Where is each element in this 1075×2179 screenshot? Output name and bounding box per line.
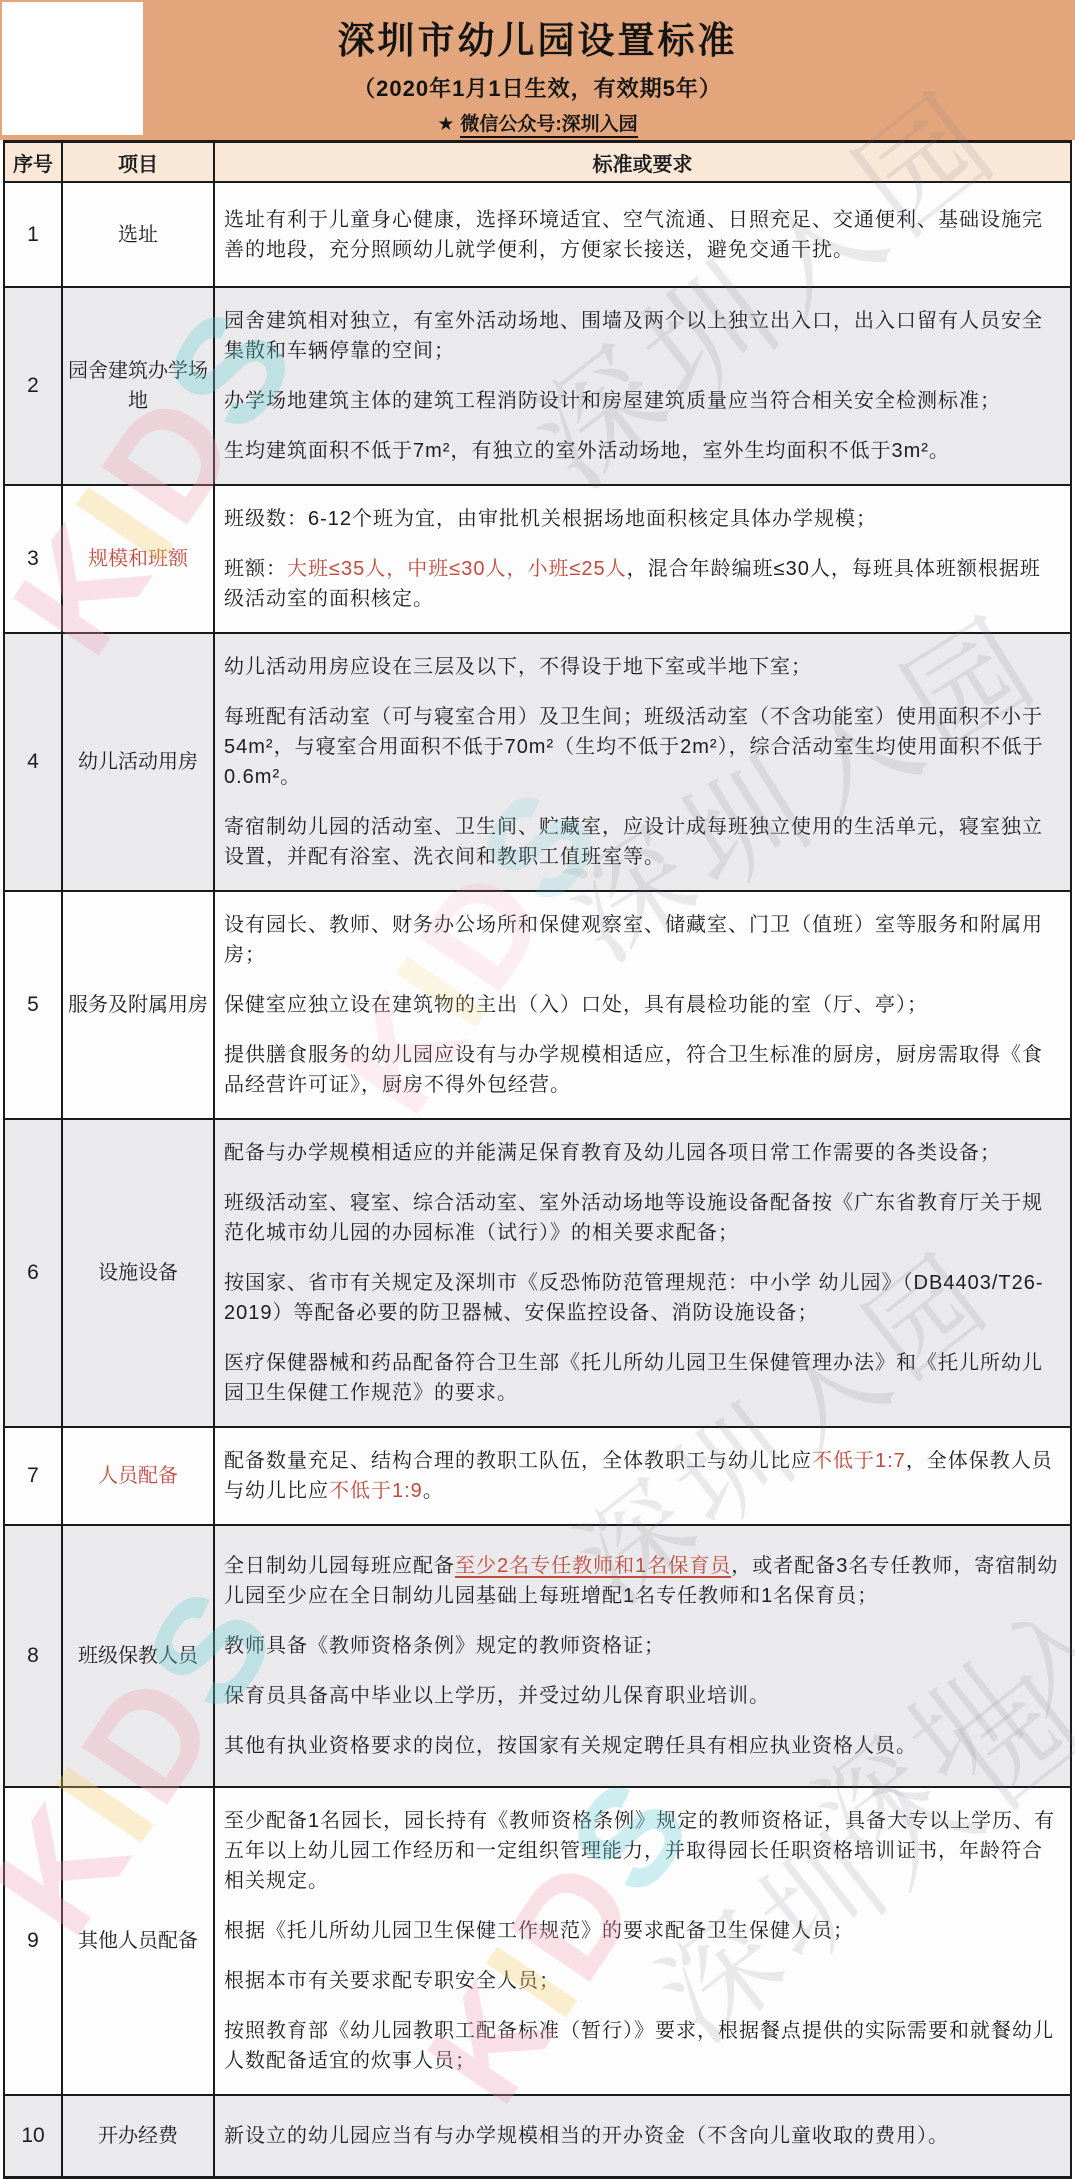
- requirement-text: 生均建筑面积不低于7m²，有独立的室外活动场地，室外生均面积不低于3m²。: [224, 440, 950, 462]
- requirement-text: 选址有利于儿童身心健康，选择环境适宜、空气流通、日照充足、交通便利、基础设施完善…: [224, 209, 1043, 261]
- requirement-paragraph: 设有园长、教师、财务办公场所和保健观察室、储藏室、门卫（值班）室等服务和附属用房…: [224, 910, 1060, 970]
- requirement-paragraph: 班额：大班≤35人，中班≤30人，小班≤25人，混合年龄编班≤30人，每班具体班…: [224, 554, 1060, 614]
- row-item-label: 园舍建筑办学场地: [63, 288, 215, 484]
- requirement-text: 按国家、省市有关规定及深圳市《反恐怖防范管理规范：中小学 幼儿园》（DB4403…: [224, 1272, 1044, 1324]
- requirement-text: 教师具备《教师资格条例》规定的教师资格证；: [224, 1635, 665, 1657]
- row-item-label: 服务及附属用房: [63, 892, 215, 1118]
- requirement-text: 每班配有活动室（可与寝室合用）及卫生间；班级活动室（不含功能室）使用面积不小于5…: [224, 706, 1044, 788]
- row-number: 1: [5, 183, 63, 286]
- requirement-text: 根据《托儿所幼儿园卫生保健工作规范》的要求配备卫生保健人员；: [224, 1920, 854, 1942]
- requirement-paragraph: 配备与办学规模相适应的并能满足保育教育及幼儿园各项日常工作需要的各类设备；: [224, 1138, 1060, 1168]
- requirement-paragraph: 幼儿活动用房应设在三层及以下，不得设于地下室或半地下室；: [224, 652, 1060, 682]
- requirement-paragraph: 生均建筑面积不低于7m²，有独立的室外活动场地，室外生均面积不低于3m²。: [224, 436, 1060, 466]
- row-requirements: 幼儿活动用房应设在三层及以下，不得设于地下室或半地下室；每班配有活动室（可与寝室…: [215, 634, 1070, 890]
- requirement-paragraph: 寄宿制幼儿园的活动室、卫生间、贮藏室，应设计成每班独立使用的生活单元，寝室独立设…: [224, 812, 1060, 872]
- header-logo-placeholder: [2, 2, 143, 135]
- requirement-paragraph: 其他有执业资格要求的岗位，按国家有关规定聘任具有相应执业资格人员。: [224, 1731, 1060, 1761]
- row-requirements: 至少配备1名园长，园长持有《教师资格条例》规定的教师资格证，具备大专以上学历、有…: [215, 1788, 1070, 2094]
- requirement-paragraph: 按国家、省市有关规定及深圳市《反恐怖防范管理规范：中小学 幼儿园》（DB4403…: [224, 1268, 1060, 1328]
- requirement-paragraph: 医疗保健器械和药品配备符合卫生部《托儿所幼儿园卫生保健管理办法》和《托儿所幼儿园…: [224, 1348, 1060, 1408]
- requirement-text: 提供膳食服务的幼儿园应设有与办学规模相适应，符合卫生标准的厨房，厨房需取得《食品…: [224, 1044, 1043, 1096]
- requirement-paragraph: 选址有利于儿童身心健康，选择环境适宜、空气流通、日照充足、交通便利、基础设施完善…: [224, 205, 1060, 265]
- requirement-paragraph: 全日制幼儿园每班应配备至少2名专任教师和1名保育员，或者配备3名专任教师，寄宿制…: [224, 1551, 1060, 1611]
- wechat-account-name[interactable]: 微信公众号:深圳入园: [460, 114, 637, 138]
- row-requirements: 设有园长、教师、财务办公场所和保健观察室、储藏室、门卫（值班）室等服务和附属用房…: [215, 892, 1070, 1118]
- requirement-paragraph: 根据本市有关要求配专职安全人员；: [224, 1966, 1060, 1996]
- page-subtitle: （2020年1月1日生效，有效期5年）: [0, 72, 1075, 103]
- requirement-text: 配备数量充足、结构合理的教职工队伍，全体教职工与幼儿比应: [224, 1450, 812, 1472]
- page: 深圳市幼儿园设置标准 （2020年1月1日生效，有效期5年） ★微信公众号:深圳…: [0, 0, 1075, 2179]
- row-item-label: 人员配备: [63, 1428, 215, 1524]
- row-item-label: 设施设备: [63, 1120, 215, 1426]
- requirement-text: 配备与办学规模相适应的并能满足保育教育及幼儿园各项日常工作需要的各类设备；: [224, 1142, 1001, 1164]
- requirement-text: 新设立的幼儿园应当有与办学规模相当的开办资金（不含向儿童收取的费用）。: [224, 2125, 949, 2147]
- row-requirements: 配备数量充足、结构合理的教职工队伍，全体教职工与幼儿比应不低于1:7，全体保教人…: [215, 1428, 1070, 1524]
- requirement-text: 寄宿制幼儿园的活动室、卫生间、贮藏室，应设计成每班独立使用的生活单元，寝室独立设…: [224, 816, 1043, 868]
- col-header-requirement: 标准或要求: [215, 143, 1070, 181]
- requirement-paragraph: 配备数量充足、结构合理的教职工队伍，全体教职工与幼儿比应不低于1:7，全体保教人…: [224, 1446, 1060, 1506]
- highlighted-text: 至少2名专任教师和1名保育员: [455, 1555, 731, 1577]
- requirement-paragraph: 提供膳食服务的幼儿园应设有与办学规模相适应，符合卫生标准的厨房，厨房需取得《食品…: [224, 1040, 1060, 1100]
- standards-table: 序号 项目 标准或要求 1选址选址有利于儿童身心健康，选择环境适宜、空气流通、日…: [3, 140, 1072, 2179]
- requirement-text: 保育员具备高中毕业以上学历，并受过幼儿保育职业培训。: [224, 1685, 770, 1707]
- table-header-row: 序号 项目 标准或要求: [5, 143, 1070, 183]
- table-row: 10开办经费新设立的幼儿园应当有与办学规模相当的开办资金（不含向儿童收取的费用）…: [5, 2096, 1070, 2176]
- row-requirements: 园舍建筑相对独立，有室外活动场地、围墙及两个以上独立出入口，出入口留有人员安全集…: [215, 288, 1070, 484]
- requirement-text: 园舍建筑相对独立，有室外活动场地、围墙及两个以上独立出入口，出入口留有人员安全集…: [224, 310, 1043, 362]
- table-row: 9其他人员配备至少配备1名园长，园长持有《教师资格条例》规定的教师资格证，具备大…: [5, 1788, 1070, 2096]
- row-number: 9: [5, 1788, 63, 2094]
- requirement-text: 班级活动室、寝室、综合活动室、室外活动场地等设施设备配备按《广东省教育厅关于规范…: [224, 1192, 1043, 1244]
- table-row: 3规模和班额班级数：6-12个班为宜，由审批机关根据场地面积核定具体办学规模；班…: [5, 486, 1070, 634]
- requirement-text: 班级数：6-12个班为宜，由审批机关根据场地面积核定具体办学规模；: [224, 508, 877, 530]
- requirement-text: 根据本市有关要求配专职安全人员；: [224, 1970, 560, 1992]
- row-number: 7: [5, 1428, 63, 1524]
- requirement-paragraph: 教师具备《教师资格条例》规定的教师资格证；: [224, 1631, 1060, 1661]
- table-row: 1选址选址有利于儿童身心健康，选择环境适宜、空气流通、日照充足、交通便利、基础设…: [5, 183, 1070, 288]
- requirement-paragraph: 每班配有活动室（可与寝室合用）及卫生间；班级活动室（不含功能室）使用面积不小于5…: [224, 702, 1060, 792]
- requirement-paragraph: 新设立的幼儿园应当有与办学规模相当的开办资金（不含向儿童收取的费用）。: [224, 2121, 1060, 2151]
- table-row: 8班级保教人员全日制幼儿园每班应配备至少2名专任教师和1名保育员，或者配备3名专…: [5, 1526, 1070, 1788]
- requirement-text: 设有园长、教师、财务办公场所和保健观察室、储藏室、门卫（值班）室等服务和附属用房…: [224, 914, 1043, 966]
- row-number: 5: [5, 892, 63, 1118]
- row-item-label: 选址: [63, 183, 215, 286]
- row-requirements: 全日制幼儿园每班应配备至少2名专任教师和1名保育员，或者配备3名专任教师，寄宿制…: [215, 1526, 1070, 1786]
- row-number: 4: [5, 634, 63, 890]
- table-body: 1选址选址有利于儿童身心健康，选择环境适宜、空气流通、日照充足、交通便利、基础设…: [5, 183, 1070, 2176]
- requirement-paragraph: 保健室应独立设在建筑物的主出（入）口处，具有晨检功能的室（厅、亭）；: [224, 990, 1060, 1020]
- row-item-label: 班级保教人员: [63, 1526, 215, 1786]
- row-item-label: 规模和班额: [63, 486, 215, 632]
- requirement-text: 至少配备1名园长，园长持有《教师资格条例》规定的教师资格证，具备大专以上学历、有…: [224, 1810, 1055, 1892]
- header-banner: 深圳市幼儿园设置标准 （2020年1月1日生效，有效期5年） ★微信公众号:深圳…: [0, 0, 1075, 140]
- requirement-text: 班额：: [224, 558, 287, 580]
- table-row: 4幼儿活动用房幼儿活动用房应设在三层及以下，不得设于地下室或半地下室；每班配有活…: [5, 634, 1070, 892]
- highlighted-text: 不低于1:7: [812, 1450, 906, 1472]
- table-row: 5服务及附属用房设有园长、教师、财务办公场所和保健观察室、储藏室、门卫（值班）室…: [5, 892, 1070, 1120]
- requirement-text: 医疗保健器械和药品配备符合卫生部《托儿所幼儿园卫生保健管理办法》和《托儿所幼儿园…: [224, 1352, 1043, 1404]
- row-requirements: 配备与办学规模相适应的并能满足保育教育及幼儿园各项日常工作需要的各类设备；班级活…: [215, 1120, 1070, 1426]
- row-number: 6: [5, 1120, 63, 1426]
- requirement-text: 办学场地建筑主体的建筑工程消防设计和房屋建筑质量应当符合相关安全检测标准；: [224, 390, 1001, 412]
- requirement-text: 其他有执业资格要求的岗位，按国家有关规定聘任具有相应执业资格人员。: [224, 1735, 917, 1757]
- highlighted-text: 不低于1:9: [329, 1480, 423, 1502]
- requirement-paragraph: 办学场地建筑主体的建筑工程消防设计和房屋建筑质量应当符合相关安全检测标准；: [224, 386, 1060, 416]
- requirement-text: 全日制幼儿园每班应配备: [224, 1555, 455, 1577]
- requirement-paragraph: 根据《托儿所幼儿园卫生保健工作规范》的要求配备卫生保健人员；: [224, 1916, 1060, 1946]
- table-row: 7人员配备配备数量充足、结构合理的教职工队伍，全体教职工与幼儿比应不低于1:7，…: [5, 1428, 1070, 1526]
- row-item-label: 幼儿活动用房: [63, 634, 215, 890]
- row-number: 3: [5, 486, 63, 632]
- page-title: 深圳市幼儿园设置标准: [0, 0, 1075, 64]
- row-requirements: 班级数：6-12个班为宜，由审批机关根据场地面积核定具体办学规模；班额：大班≤3…: [215, 486, 1070, 632]
- star-icon: ★: [437, 114, 454, 135]
- highlighted-text: 大班≤35人，中班≤30人，小班≤25人: [287, 558, 627, 580]
- row-requirements: 选址有利于儿童身心健康，选择环境适宜、空气流通、日照充足、交通便利、基础设施完善…: [215, 183, 1070, 286]
- row-number: 8: [5, 1526, 63, 1786]
- requirement-text: 按照教育部《幼儿园教职工配备标准（暂行）》要求，根据餐点提供的实际需要和就餐幼儿…: [224, 2020, 1054, 2072]
- table-row: 2园舍建筑办学场地园舍建筑相对独立，有室外活动场地、围墙及两个以上独立出入口，出…: [5, 288, 1070, 486]
- requirement-paragraph: 按照教育部《幼儿园教职工配备标准（暂行）》要求，根据餐点提供的实际需要和就餐幼儿…: [224, 2016, 1060, 2076]
- wechat-account-line: ★微信公众号:深圳入园: [0, 109, 1075, 136]
- col-header-item: 项目: [63, 143, 215, 181]
- requirement-paragraph: 至少配备1名园长，园长持有《教师资格条例》规定的教师资格证，具备大专以上学历、有…: [224, 1806, 1060, 1896]
- requirement-text: 幼儿活动用房应设在三层及以下，不得设于地下室或半地下室；: [224, 656, 812, 678]
- row-item-label: 开办经费: [63, 2096, 215, 2176]
- requirement-paragraph: 园舍建筑相对独立，有室外活动场地、围墙及两个以上独立出入口，出入口留有人员安全集…: [224, 306, 1060, 366]
- requirement-paragraph: 保育员具备高中毕业以上学历，并受过幼儿保育职业培训。: [224, 1681, 1060, 1711]
- row-number: 10: [5, 2096, 63, 2176]
- row-number: 2: [5, 288, 63, 484]
- requirement-paragraph: 班级活动室、寝室、综合活动室、室外活动场地等设施设备配备按《广东省教育厅关于规范…: [224, 1188, 1060, 1248]
- row-requirements: 新设立的幼儿园应当有与办学规模相当的开办资金（不含向儿童收取的费用）。: [215, 2096, 1070, 2176]
- requirement-paragraph: 班级数：6-12个班为宜，由审批机关根据场地面积核定具体办学规模；: [224, 504, 1060, 534]
- requirement-text: 保健室应独立设在建筑物的主出（入）口处，具有晨检功能的室（厅、亭）；: [224, 994, 928, 1016]
- row-item-label: 其他人员配备: [63, 1788, 215, 2094]
- col-header-number: 序号: [5, 143, 63, 181]
- table-row: 6设施设备配备与办学规模相适应的并能满足保育教育及幼儿园各项日常工作需要的各类设…: [5, 1120, 1070, 1428]
- requirement-text: 。: [423, 1480, 444, 1502]
